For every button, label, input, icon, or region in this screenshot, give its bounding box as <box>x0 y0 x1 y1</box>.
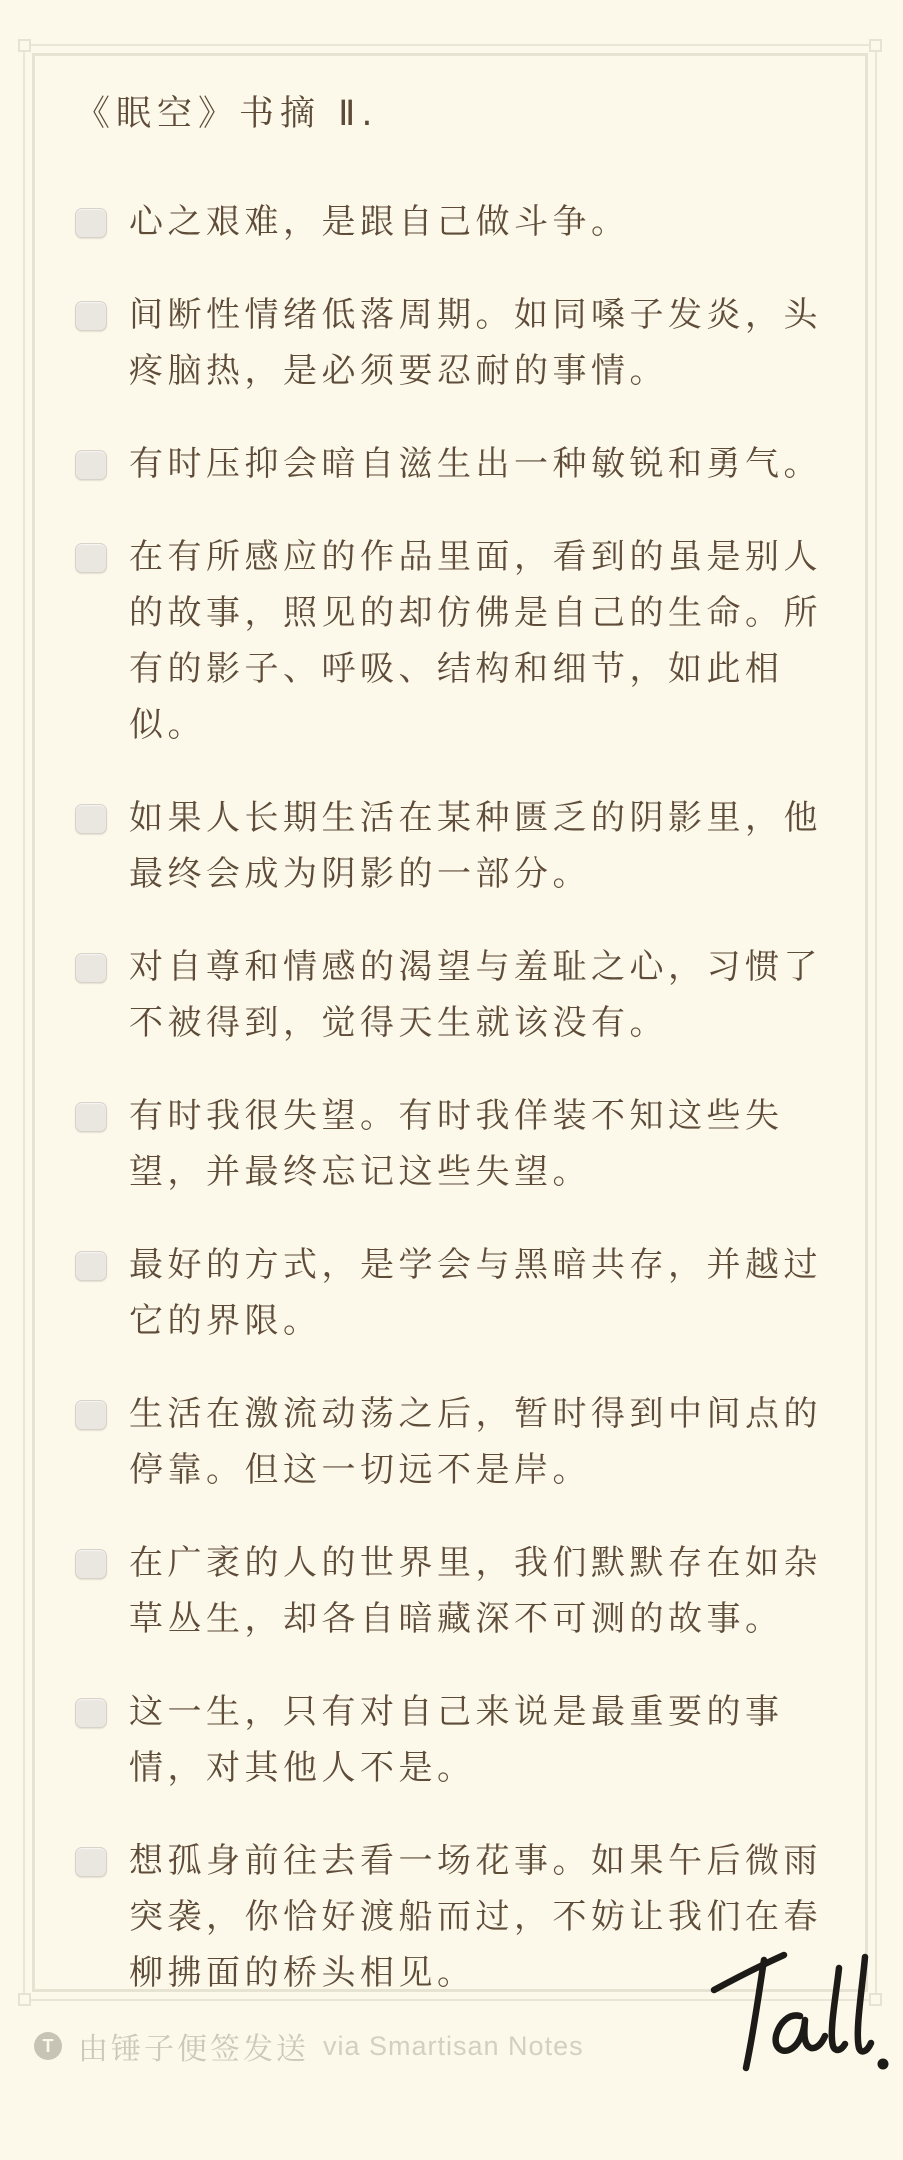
checkbox-icon[interactable] <box>75 208 107 238</box>
todo-item: 间断性情绪低落周期。如同嗓子发炎，头疼脑热，是必须要忍耐的事情。 <box>75 287 847 399</box>
checkbox-icon[interactable] <box>75 1102 107 1132</box>
checkbox-icon[interactable] <box>75 1698 107 1728</box>
checkbox-icon[interactable] <box>75 1400 107 1430</box>
todo-item-text: 在有所感应的作品里面，看到的虽是别人的故事，照见的却仿佛是自己的生命。所有的影子… <box>129 529 847 753</box>
frame-corner-ornament <box>869 39 882 52</box>
todo-item-text: 这一生，只有对自己来说是最重要的事情，对其他人不是。 <box>129 1684 847 1796</box>
signature-fall <box>708 1944 894 2078</box>
checkbox-icon[interactable] <box>75 450 107 480</box>
frame-corner-ornament <box>18 39 31 52</box>
todo-item: 有时压抑会暗自滋生出一种敏锐和勇气。 <box>75 436 847 492</box>
todo-item: 对自尊和情感的渴望与羞耻之心，习惯了不被得到，觉得天生就该没有。 <box>75 939 847 1051</box>
checkbox-icon[interactable] <box>75 804 107 834</box>
todo-item: 最好的方式，是学会与黑暗共存，并越过它的界限。 <box>75 1237 847 1349</box>
sender-line: T 由锤子便签发送 via Smartisan Notes <box>34 2024 584 2068</box>
todo-item-text: 间断性情绪低落周期。如同嗓子发炎，头疼脑热，是必须要忍耐的事情。 <box>129 287 847 399</box>
todo-item-text: 生活在激流动荡之后，暂时得到中间点的停靠。但这一切远不是岸。 <box>129 1386 847 1498</box>
note-body: 《眠空》书摘 Ⅱ. 心之艰难，是跟自己做斗争。 间断性情绪低落周期。如同嗓子发炎… <box>75 86 847 2038</box>
note-title: 《眠空》书摘 Ⅱ. <box>75 86 847 136</box>
todo-item-text: 有时压抑会暗自滋生出一种敏锐和勇气。 <box>129 436 822 492</box>
checkbox-icon[interactable] <box>75 543 107 573</box>
smartisan-hammer-icon: T <box>34 2032 62 2060</box>
todo-item-text: 如果人长期生活在某种匮乏的阴影里，他最终会成为阴影的一部分。 <box>129 790 847 902</box>
todo-item: 如果人长期生活在某种匮乏的阴影里，他最终会成为阴影的一部分。 <box>75 790 847 902</box>
checkbox-icon[interactable] <box>75 1251 107 1281</box>
todo-item: 在广袤的人的世界里，我们默默存在如杂草丛生，却各自暗藏深不可测的故事。 <box>75 1535 847 1647</box>
todo-item-text: 在广袤的人的世界里，我们默默存在如杂草丛生，却各自暗藏深不可测的故事。 <box>129 1535 847 1647</box>
todo-item: 生活在激流动荡之后，暂时得到中间点的停靠。但这一切远不是岸。 <box>75 1386 847 1498</box>
todo-item-text: 心之艰难，是跟自己做斗争。 <box>129 194 630 250</box>
checkbox-icon[interactable] <box>75 1847 107 1877</box>
todo-item-text: 对自尊和情感的渴望与羞耻之心，习惯了不被得到，觉得天生就该没有。 <box>129 939 847 1051</box>
todo-item-text: 最好的方式，是学会与黑暗共存，并越过它的界限。 <box>129 1237 847 1349</box>
checkbox-icon[interactable] <box>75 301 107 331</box>
frame-corner-ornament <box>18 1993 31 2006</box>
sender-text-cn: 由锤子便签发送 <box>78 2024 309 2068</box>
todo-item-text: 有时我很失望。有时我佯装不知这些失望，并最终忘记这些失望。 <box>129 1088 847 1200</box>
checkbox-icon[interactable] <box>75 953 107 983</box>
todo-item: 有时我很失望。有时我佯装不知这些失望，并最终忘记这些失望。 <box>75 1088 847 1200</box>
checkbox-icon[interactable] <box>75 1549 107 1579</box>
todo-item: 心之艰难，是跟自己做斗争。 <box>75 194 847 250</box>
todo-item: 在有所感应的作品里面，看到的虽是别人的故事，照见的却仿佛是自己的生命。所有的影子… <box>75 529 847 753</box>
todo-item: 这一生，只有对自己来说是最重要的事情，对其他人不是。 <box>75 1684 847 1796</box>
sender-text-en: via Smartisan Notes <box>323 2031 584 2062</box>
